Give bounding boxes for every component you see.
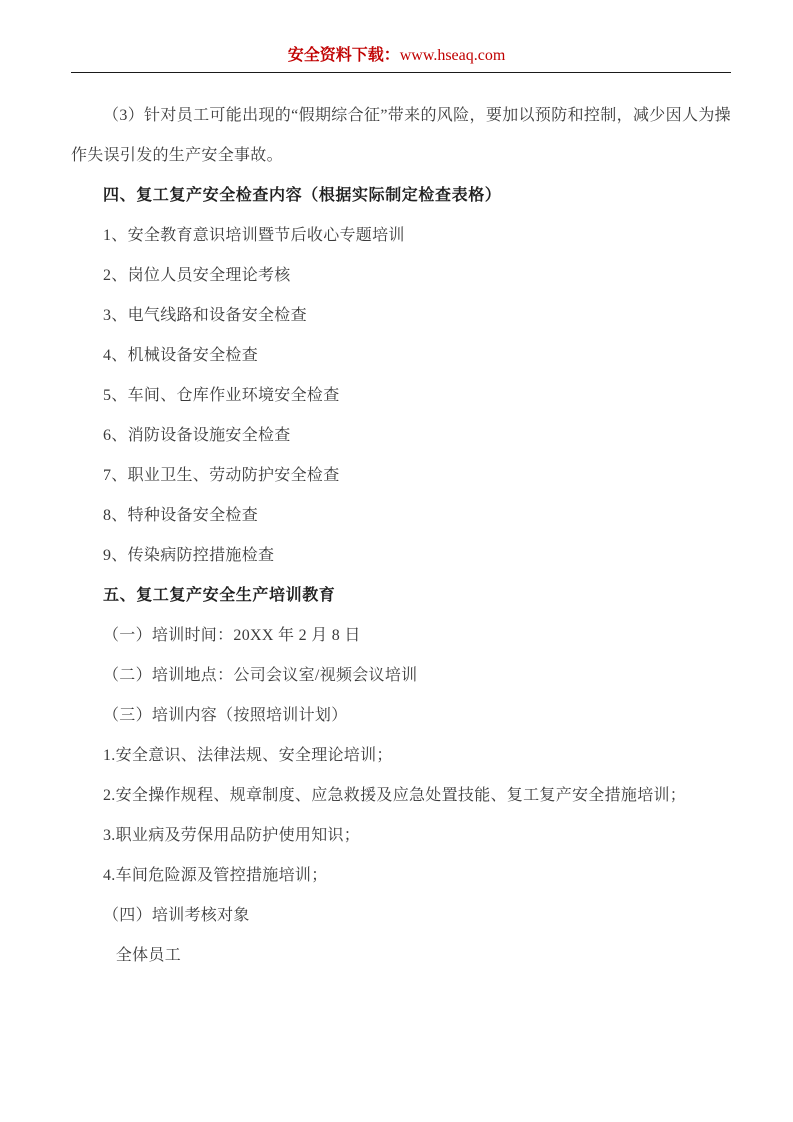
heading-section-4: 四、复工复产安全检查内容（根据实际制定检查表格）: [71, 176, 731, 216]
check-item-2: 2、岗位人员安全理论考核: [71, 256, 731, 296]
training-topic-3: 3.职业病及劳保用品防护使用知识；: [71, 816, 731, 856]
check-item-5: 5、车间、仓库作业环境安全检查: [71, 376, 731, 416]
header-site-label: 安全资料下载：: [288, 47, 400, 64]
check-item-4: 4、机械设备安全检查: [71, 336, 731, 376]
training-topic-1: 1.安全意识、法律法规、安全理论培训；: [71, 736, 731, 776]
check-item-1: 1、安全教育意识培训暨节后收心专题培训: [71, 216, 731, 256]
training-topic-2: 2.安全操作规程、规章制度、应急救援及应急处置技能、复工复产安全措施培训；: [71, 776, 731, 816]
training-content-heading: （三）培训内容（按照培训计划）: [71, 696, 731, 736]
check-item-8: 8、特种设备安全检查: [71, 496, 731, 536]
training-location: （二）培训地点：公司会议室/视频会议培训: [71, 656, 731, 696]
training-topic-4: 4.车间危险源及管控措施培训；: [71, 856, 731, 896]
page-header: 安全资料下载：www.hseaq.com: [0, 0, 793, 67]
check-item-3: 3、电气线路和设备安全检查: [71, 296, 731, 336]
check-item-9: 9、传染病防控措施检查: [71, 536, 731, 576]
assess-target: 全体员工: [71, 936, 731, 976]
training-time: （一）培训时间：20XX 年 2 月 8 日: [71, 616, 731, 656]
check-item-6: 6、消防设备设施安全检查: [71, 416, 731, 456]
document-body: （3）针对员工可能出现的“假期综合征”带来的风险，要加以预防和控制，减少因人为操…: [0, 73, 793, 976]
heading-section-5: 五、复工复产安全生产培训教育: [71, 576, 731, 616]
para-holiday-syndrome: （3）针对员工可能出现的“假期综合征”带来的风险，要加以预防和控制，减少因人为操…: [71, 96, 731, 176]
header-site-url: www.hseaq.com: [400, 47, 506, 64]
document-page: 安全资料下载：www.hseaq.com （3）针对员工可能出现的“假期综合征”…: [0, 0, 793, 1122]
training-assess-heading: （四）培训考核对象: [71, 896, 731, 936]
check-item-7: 7、职业卫生、劳动防护安全检查: [71, 456, 731, 496]
